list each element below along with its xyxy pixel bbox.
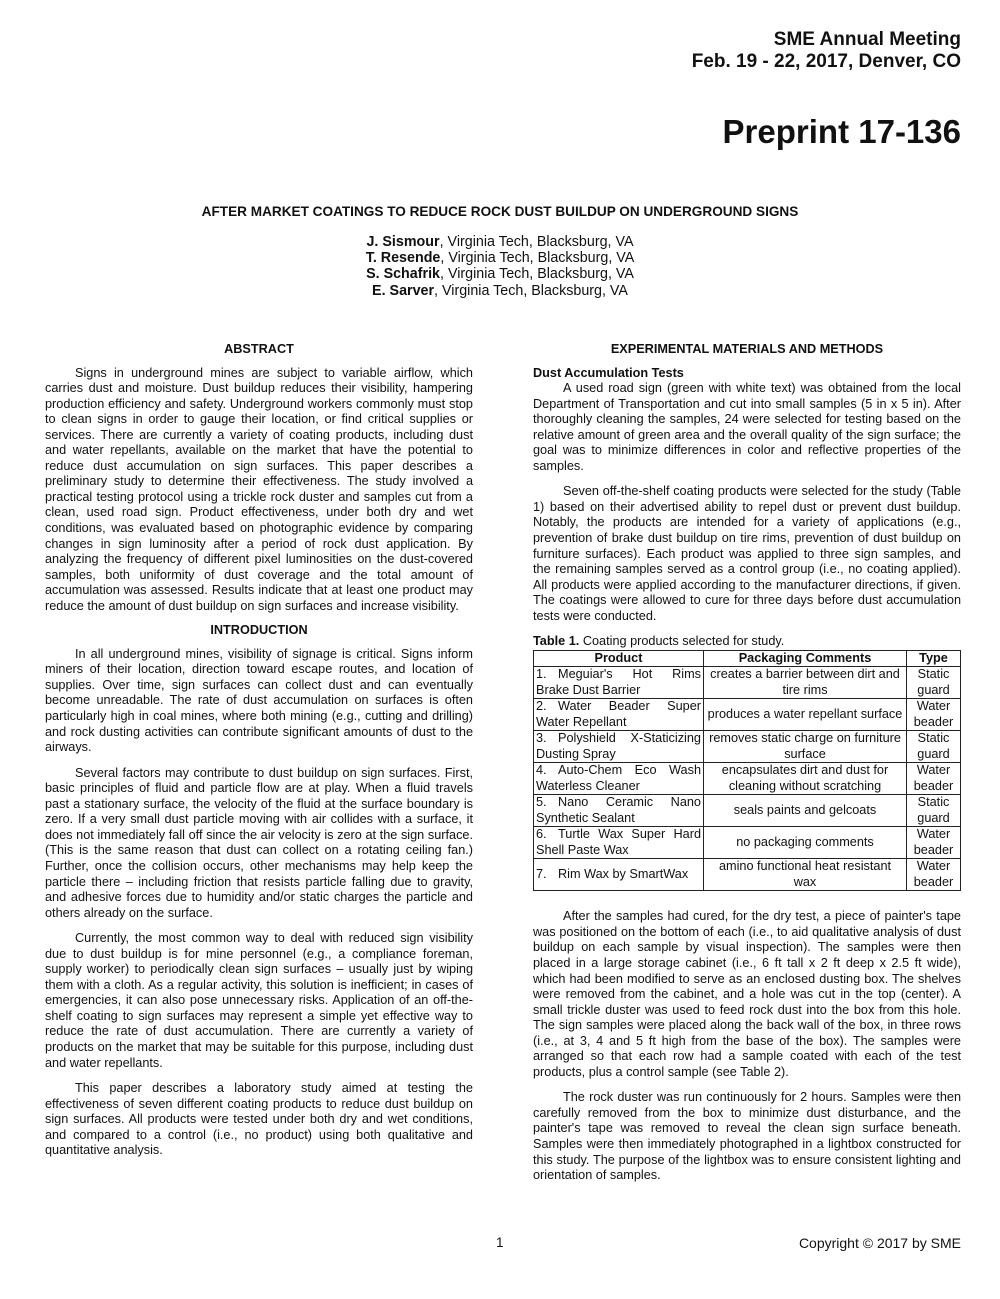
table-header-row: Product Packaging Comments Type [534,650,961,667]
comment-cell: no packaging comments [704,827,907,859]
paper-title: AFTER MARKET COATINGS TO REDUCE ROCK DUS… [0,204,1000,219]
author-affiliation: , Virginia Tech, Blacksburg, VA [434,283,628,299]
methods-paragraph: Seven off-the-shelf coating products wer… [533,484,961,624]
row-number: 2. [536,699,558,715]
methods-paragraph: After the samples had cured, for the dry… [533,909,961,1080]
comment-cell: removes static charge on furniture surfa… [704,731,907,763]
author-name: E. Sarver [372,283,434,299]
author-name: T. Resende [366,250,441,266]
intro-paragraph: Several factors may contribute to dust b… [45,766,473,921]
column-header-product: Product [534,650,704,667]
row-number: 7. [536,867,558,883]
copyright-notice: Copyright © 2017 by SME [799,1235,961,1251]
author: S. Schafrik, Virginia Tech, Blacksburg, … [0,266,1000,282]
comment-cell: encapsulates dirt and dust for cleaning … [704,763,907,795]
table-row: 2.Water Beader Super Water Repellant pro… [534,699,961,731]
type-cell: Water beader [907,699,961,731]
intro-paragraph: This paper describes a laboratory study … [45,1081,473,1159]
table-row: 3.Polyshield X-Staticizing Dusting Spray… [534,731,961,763]
type-cell: Static guard [907,731,961,763]
methods-paragraph: The rock duster was run continuously for… [533,1090,961,1183]
product-name: Rim Wax by SmartWax [558,867,688,881]
methods-paragraph: A used road sign (green with white text)… [533,381,961,474]
table-caption-label: Table 1. [533,634,579,648]
row-number: 6. [536,827,558,843]
author-name: J. Sismour [366,234,439,250]
row-number: 5. [536,795,558,811]
intro-paragraph: In all underground mines, visibility of … [45,647,473,756]
author-affiliation: , Virginia Tech, Blacksburg, VA [440,250,634,266]
table-row: 5.Nano Ceramic Nano Synthetic Sealant se… [534,795,961,827]
author-affiliation: , Virginia Tech, Blacksburg, VA [440,266,634,282]
methods-subheading: Dust Accumulation Tests [533,366,961,382]
product-cell: 7.Rim Wax by SmartWax [534,859,704,891]
table-row: 6.Turtle Wax Super Hard Shell Paste Wax … [534,827,961,859]
type-cell: Water beader [907,763,961,795]
column-header-comments: Packaging Comments [704,650,907,667]
author: E. Sarver, Virginia Tech, Blacksburg, VA [0,283,1000,299]
product-name: Polyshield X-Staticizing Dusting Spray [536,731,701,761]
product-name: Turtle Wax Super Hard Shell Paste Wax [536,827,701,857]
table-row: 7.Rim Wax by SmartWax amino functional h… [534,859,961,891]
product-cell: 6.Turtle Wax Super Hard Shell Paste Wax [534,827,704,859]
preprint-number: Preprint 17-136 [723,112,961,152]
table-caption: Table 1. Coating products selected for s… [533,634,961,650]
author: T. Resende, Virginia Tech, Blacksburg, V… [0,250,1000,266]
author-affiliation: , Virginia Tech, Blacksburg, VA [440,234,634,250]
row-number: 4. [536,763,558,779]
product-name: Nano Ceramic Nano Synthetic Sealant [536,795,701,825]
product-name: Water Beader Super Water Repellant [536,699,701,729]
type-cell: Static guard [907,667,961,699]
intro-paragraph: Currently, the most common way to deal w… [45,931,473,1071]
author-list: J. Sismour, Virginia Tech, Blacksburg, V… [0,234,1000,299]
abstract-heading: ABSTRACT [45,342,473,358]
column-header-type: Type [907,650,961,667]
row-number: 1. [536,667,558,683]
product-name: Auto-Chem Eco Wash Waterless Cleaner [536,763,701,793]
introduction-heading: INTRODUCTION [45,623,473,639]
conference-dates-location: Feb. 19 - 22, 2017, Denver, CO [692,51,961,73]
table-caption-text: Coating products selected for study. [579,634,784,648]
product-name: Meguiar's Hot Rims Brake Dust Barrier [536,667,701,697]
comment-cell: amino functional heat resistant wax [704,859,907,891]
product-cell: 1.Meguiar's Hot Rims Brake Dust Barrier [534,667,704,699]
author-name: S. Schafrik [366,266,440,282]
type-cell: Water beader [907,827,961,859]
conference-name: SME Annual Meeting [774,29,961,51]
product-cell: 2.Water Beader Super Water Repellant [534,699,704,731]
right-column: EXPERIMENTAL MATERIALS AND METHODS Dust … [533,342,961,1194]
product-cell: 3.Polyshield X-Staticizing Dusting Spray [534,731,704,763]
table-row: 4.Auto-Chem Eco Wash Waterless Cleaner e… [534,763,961,795]
comment-cell: creates a barrier between dirt and tire … [704,667,907,699]
abstract-text: Signs in underground mines are subject t… [45,366,473,615]
table-row: 1.Meguiar's Hot Rims Brake Dust Barrier … [534,667,961,699]
type-cell: Water beader [907,859,961,891]
methods-heading: EXPERIMENTAL MATERIALS AND METHODS [533,342,961,358]
page-number: 1 [496,1235,504,1250]
type-cell: Static guard [907,795,961,827]
comment-cell: seals paints and gelcoats [704,795,907,827]
product-cell: 5.Nano Ceramic Nano Synthetic Sealant [534,795,704,827]
coating-products-table: Product Packaging Comments Type 1.Meguia… [533,650,961,892]
product-cell: 4.Auto-Chem Eco Wash Waterless Cleaner [534,763,704,795]
comment-cell: produces a water repellant surface [704,699,907,731]
author: J. Sismour, Virginia Tech, Blacksburg, V… [0,234,1000,250]
row-number: 3. [536,731,558,747]
left-column: ABSTRACT Signs in underground mines are … [45,342,473,1169]
